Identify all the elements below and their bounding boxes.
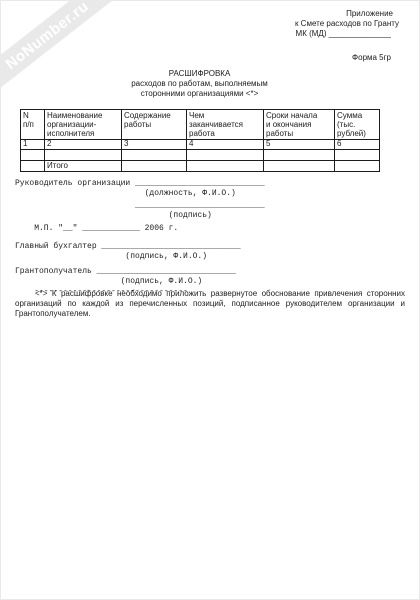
- total-cell: [335, 161, 380, 172]
- seal-date-line: М.П. "__" ____________ 2006 г.: [15, 224, 415, 234]
- column-number-cell: 1: [21, 140, 45, 150]
- header-cell-sum: Сумма (тыс. рублей): [335, 110, 380, 140]
- expenses-table: N п/п Наименование организации- исполнит…: [20, 109, 380, 172]
- header-cell-number: N п/п: [21, 110, 45, 140]
- empty-cell: [122, 150, 187, 161]
- empty-cell: [335, 150, 380, 161]
- document-title: РАСШИФРОВКА расходов по работам, выполня…: [20, 69, 379, 99]
- appendix-block: Приложение к Смете расходов по Гранту МК…: [266, 9, 401, 39]
- appendix-line-1: Приложение: [266, 9, 401, 19]
- grantee-caption: (подпись, Ф.И.О.): [15, 277, 415, 287]
- org-head-sign-caption: (подпись): [15, 211, 415, 221]
- total-row: Итого: [21, 161, 380, 172]
- column-number-cell: 5: [264, 140, 335, 150]
- appendix-line-3: МК (МД) ______________: [266, 29, 401, 39]
- header-cell-dates: Сроки начала и окончания работы: [264, 110, 335, 140]
- total-cell: [21, 161, 45, 172]
- column-number-cell: 2: [45, 140, 122, 150]
- table-header-row: N п/п Наименование организации- исполнит…: [21, 110, 380, 140]
- column-number-cell: 3: [122, 140, 187, 150]
- title-line-1: РАСШИФРОВКА: [20, 69, 379, 79]
- title-line-3: сторонними организациями <*>: [20, 89, 379, 99]
- header-cell-organization: Наименование организации- исполнителя: [45, 110, 122, 140]
- total-cell: [187, 161, 264, 172]
- total-label-cell: Итого: [45, 161, 122, 172]
- header-cell-work-result: Чем заканчивается работа: [187, 110, 264, 140]
- total-cell: [264, 161, 335, 172]
- signature-block: Руководитель организации _______________…: [15, 179, 415, 297]
- document-page: NoNumber.ru Приложение к Смете расходов …: [0, 0, 420, 600]
- chief-accountant-line: Главный бухгалтер ______________________…: [15, 242, 415, 252]
- org-head-signature-line: Руководитель организации _______________…: [15, 179, 415, 189]
- title-line-2: расходов по работам, выполняемым: [20, 79, 379, 89]
- empty-cell: [187, 150, 264, 161]
- org-head-sign-blank: ___________________________: [15, 201, 415, 211]
- org-head-caption: (должность, Ф.И.О.): [15, 189, 415, 199]
- appendix-line-2: к Смете расходов по Гранту: [266, 19, 401, 29]
- empty-cell: [45, 150, 122, 161]
- watermark-text: NoNumber.ru: [2, 0, 92, 73]
- empty-cell: [21, 150, 45, 161]
- header-cell-work-content: Содержание работы: [122, 110, 187, 140]
- empty-cell: [264, 150, 335, 161]
- column-number-row: 1 2 3 4 5 6: [21, 140, 380, 150]
- footnote-text: <*> К расшифровке необходимо приложить р…: [15, 289, 405, 319]
- chief-accountant-caption: (подпись, Ф.И.О.): [15, 252, 415, 262]
- form-number-label: Форма 5гр: [352, 53, 391, 63]
- grantee-line: Грантополучатель _______________________…: [15, 267, 415, 277]
- column-number-cell: 4: [187, 140, 264, 150]
- total-cell: [122, 161, 187, 172]
- column-number-cell: 6: [335, 140, 380, 150]
- empty-data-row: [21, 150, 380, 161]
